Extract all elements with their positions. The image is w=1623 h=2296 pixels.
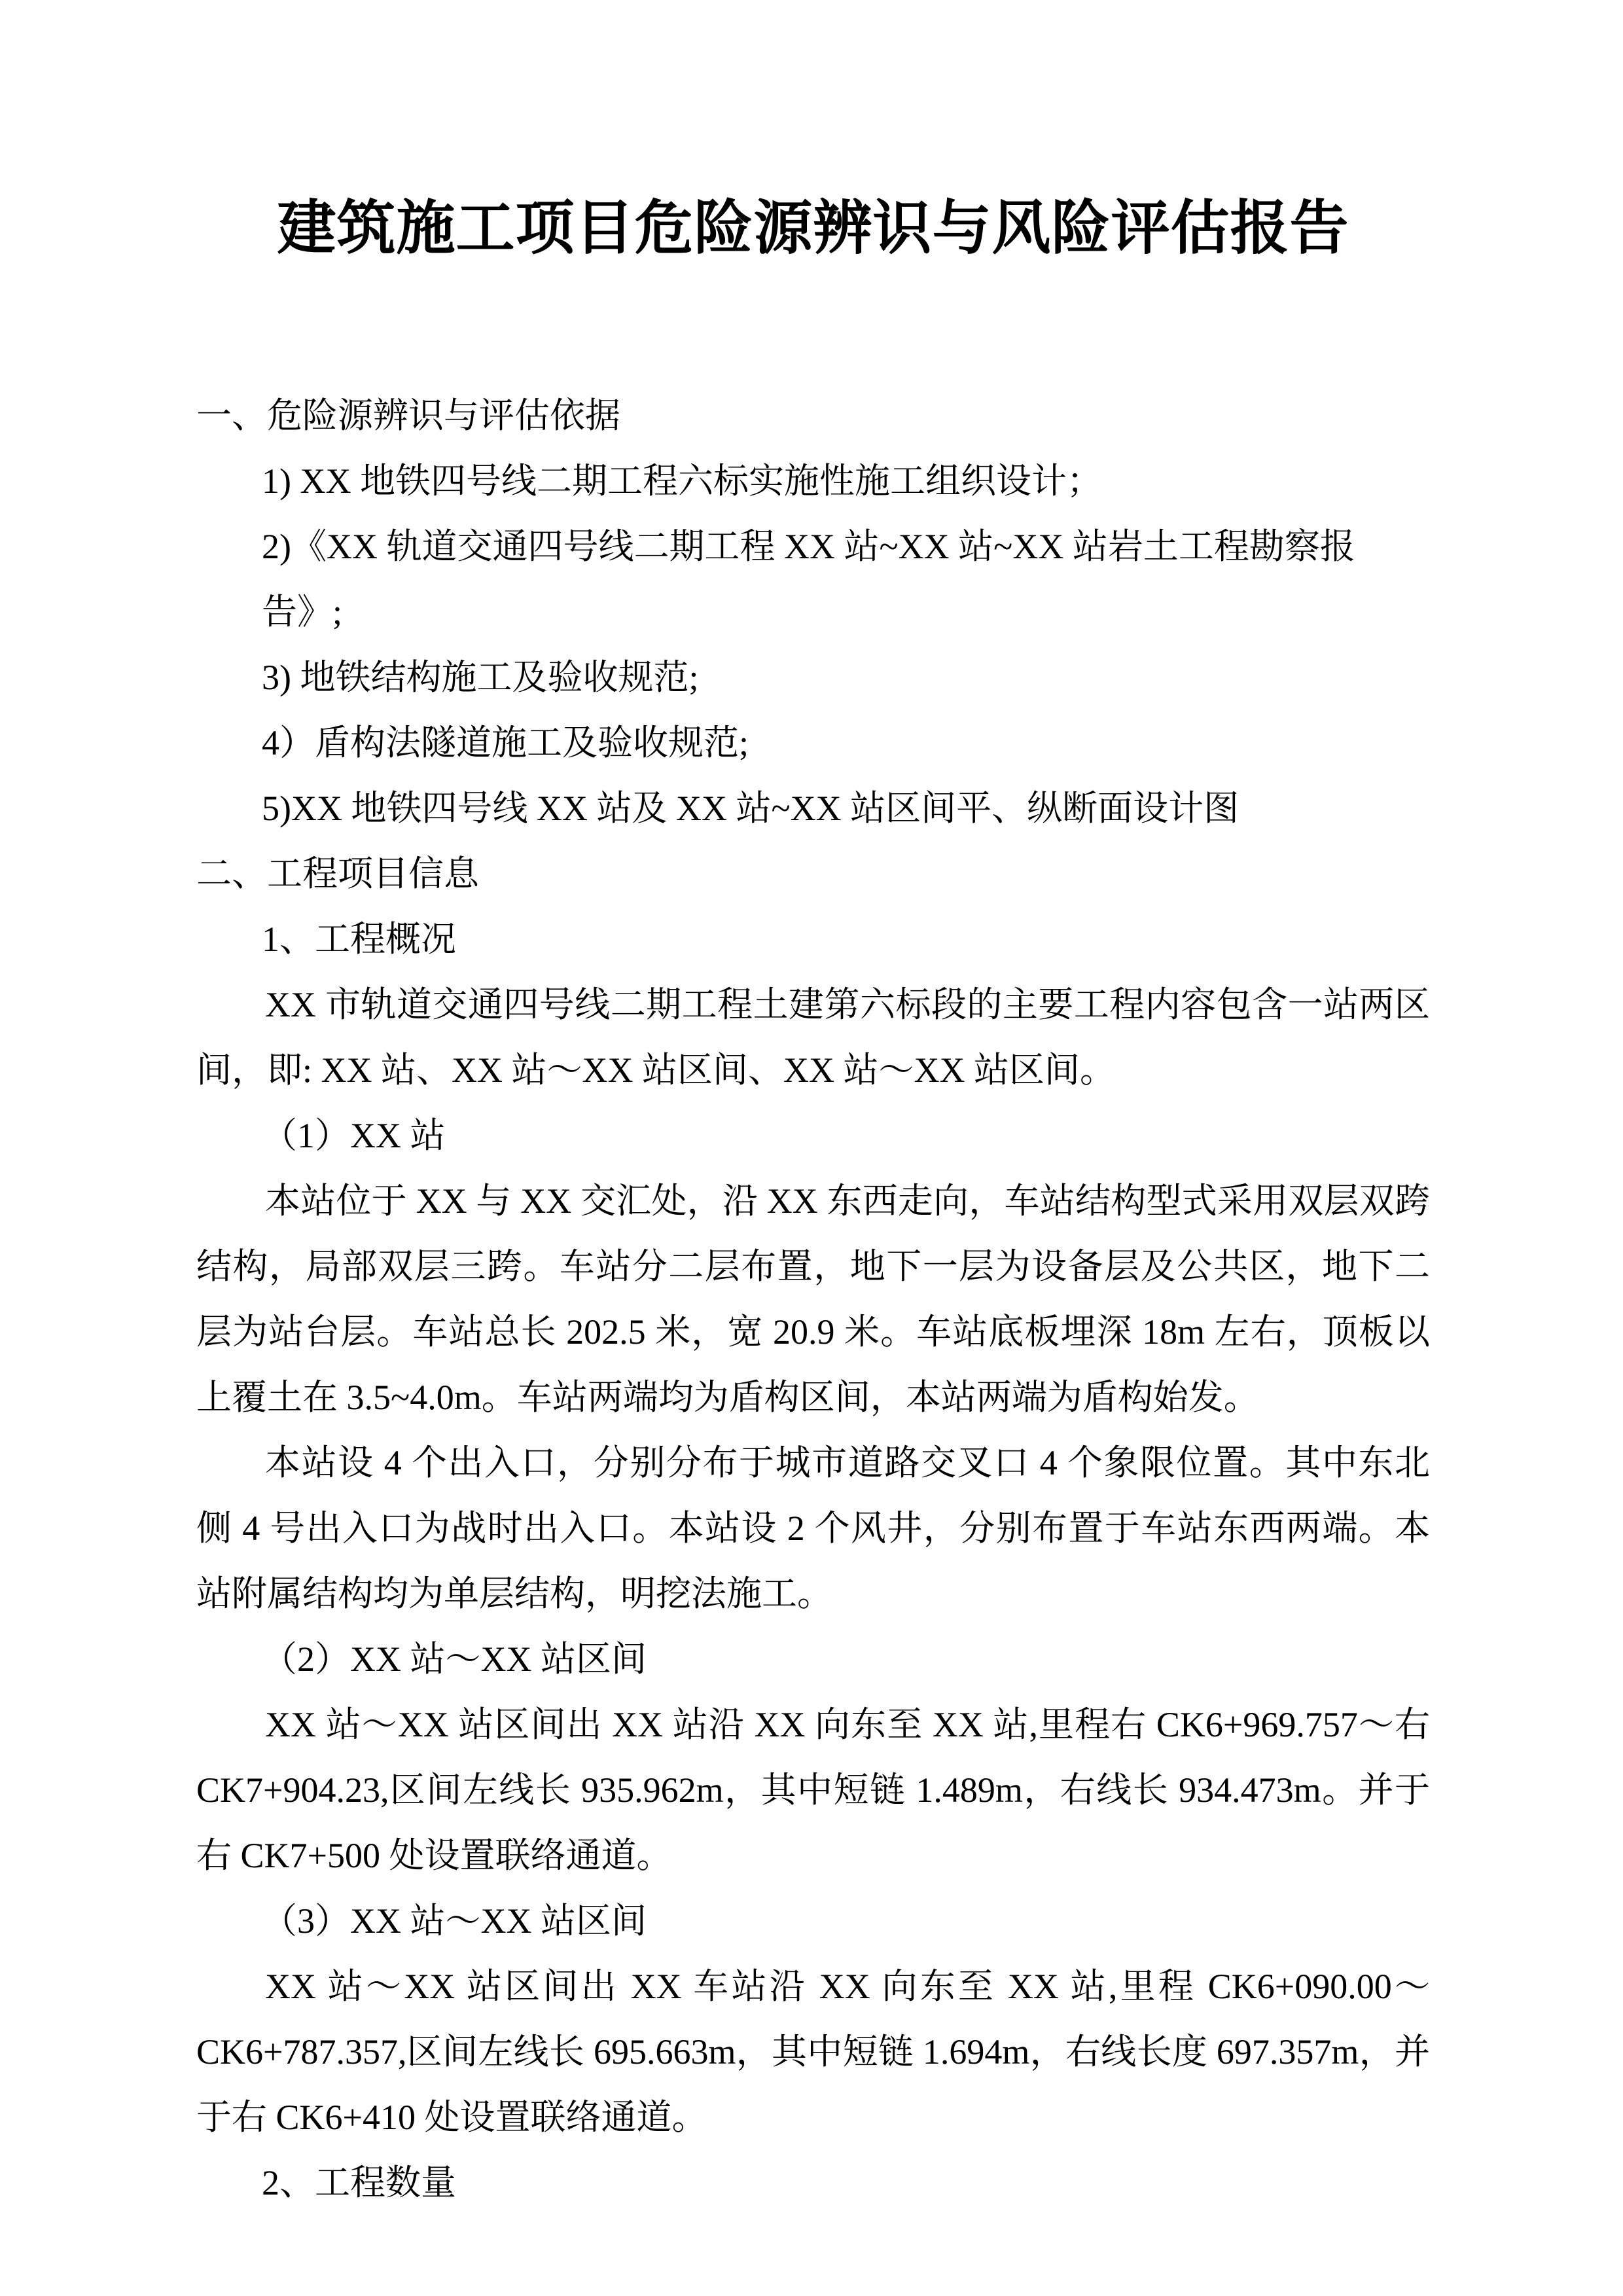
- sub-heading-interval-2: （2）XX 站～XX 站区间: [196, 1626, 1430, 1692]
- paragraph-station-structure: 本站位于 XX 与 XX 交汇处，沿 XX 东西走向，车站结构型式采用双层双跨结…: [196, 1168, 1430, 1430]
- reference-list-item-5: 5)XX 地铁四号线 XX 站及 XX 站~XX 站区间平、纵断面设计图: [196, 776, 1430, 841]
- section-heading-2: 二、工程项目信息: [196, 841, 1430, 906]
- reference-list-item-4: 4）盾构法隧道施工及验收规范;: [196, 710, 1430, 776]
- section-heading-1: 一、危险源辨识与评估依据: [196, 383, 1430, 448]
- sub-heading-interval-3: （3）XX 站～XX 站区间: [196, 1888, 1430, 1954]
- sub-heading-project-overview: 1、工程概况: [196, 906, 1430, 972]
- document-page: 建筑施工项目危险源辨识与风险评估报告 一、危险源辨识与评估依据 1) XX 地铁…: [0, 0, 1623, 2296]
- paragraph-project-scope: XX 市轨道交通四号线二期工程土建第六标段的主要工程内容包含一站两区间，即: X…: [196, 972, 1430, 1103]
- reference-list-item-2: 2)《XX 轨道交通四号线二期工程 XX 站~XX 站~XX 站岩土工程勘察报告…: [196, 514, 1430, 645]
- document-title: 建筑施工项目危险源辨识与风险评估报告: [196, 190, 1430, 268]
- paragraph-interval-3: XX 站～XX 站区间出 XX 车站沿 XX 向东至 XX 站,里程 CK6+0…: [196, 1954, 1430, 2150]
- paragraph-interval-2: XX 站～XX 站区间出 XX 站沿 XX 向东至 XX 站,里程右 CK6+9…: [196, 1692, 1430, 1888]
- reference-list-item-3: 3) 地铁结构施工及验收规范;: [196, 645, 1430, 710]
- paragraph-station-entrances: 本站设 4 个出入口，分别分布于城市道路交叉口 4 个象限位置。其中东北侧 4 …: [196, 1430, 1430, 1626]
- sub-heading-quantities: 2、工程数量: [196, 2150, 1430, 2215]
- reference-list-item-1: 1) XX 地铁四号线二期工程六标实施性施工组织设计；: [196, 448, 1430, 514]
- sub-heading-station: （1）XX 站: [196, 1103, 1430, 1168]
